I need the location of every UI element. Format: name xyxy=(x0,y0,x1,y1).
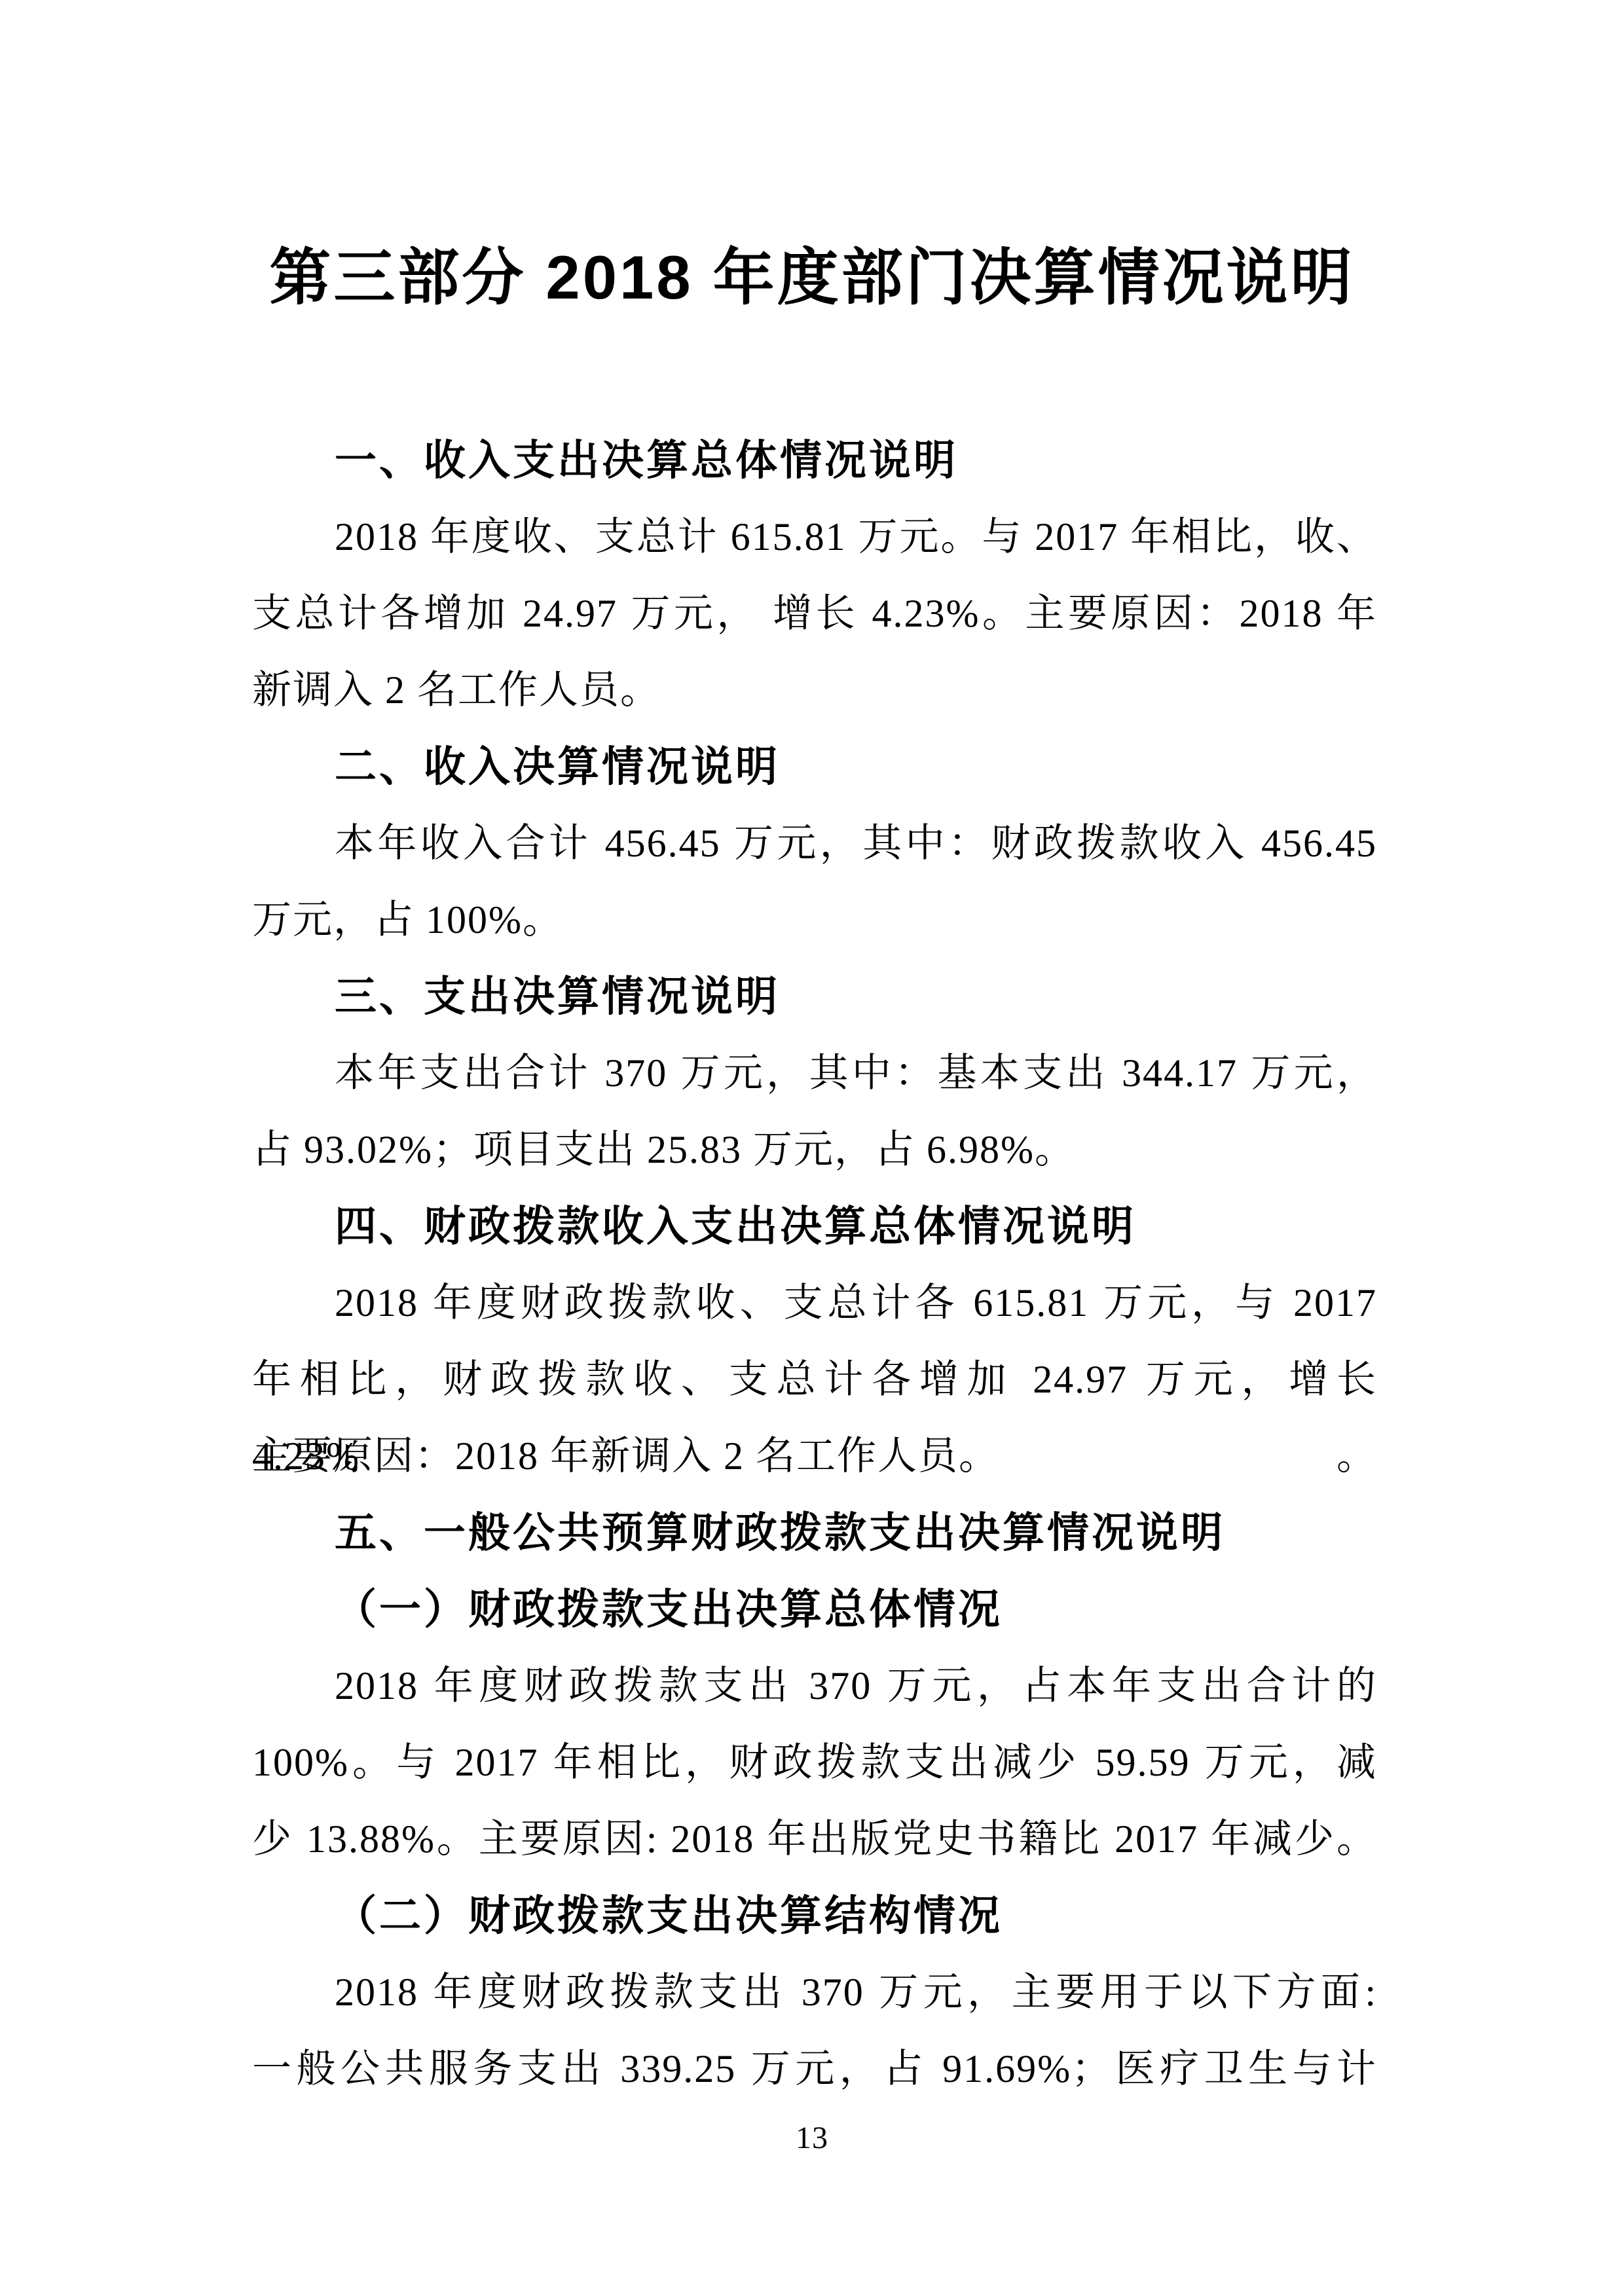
paragraph-line: 2018 年度财政拨款支出 370 万元，占本年支出合计的 xyxy=(252,1648,1377,1724)
document-page: 第三部分 2018 年度部门决算情况说明 一、收入支出决算总体情况说明 2018… xyxy=(0,0,1624,2296)
paragraph-line: 100%。与 2017 年相比，财政拨款支出减少 59.59 万元，减 xyxy=(252,1724,1377,1801)
subsection-5-1-heading: （一）财政拨款支出决算总体情况 xyxy=(252,1571,1377,1648)
section-1-heading: 一、收入支出决算总体情况说明 xyxy=(252,422,1377,499)
subsection-5-2-heading: （二）财政拨款支出决算结构情况 xyxy=(252,1878,1377,1954)
paragraph-line: 2018 年度财政拨款支出 370 万元，主要用于以下方面: xyxy=(252,1954,1377,2031)
paragraph-line: 2018 年度财政拨款收、支总计各 615.81 万元，与 2017 xyxy=(252,1265,1377,1341)
paragraph-line: 新调入 2 名工作人员。 xyxy=(252,652,1377,729)
paragraph-line: 本年收入合计 456.45 万元，其中：财政拨款收入 456.45 xyxy=(252,805,1377,882)
paragraph-line: 万元，占 100%。 xyxy=(252,882,1377,958)
paragraph-line: 年相比，财政拨款收、支总计各增加 24.97 万元，增长 4.23%。 xyxy=(252,1341,1377,1418)
section-5-heading: 五、一般公共预算财政拨款支出决算情况说明 xyxy=(252,1495,1377,1571)
paragraph-line: 2018 年度收、支总计 615.81 万元。与 2017 年相比，收、 xyxy=(252,499,1377,575)
paragraph-line: 支总计各增加 24.97 万元， 增长 4.23%。主要原因：2018 年 xyxy=(252,575,1377,652)
paragraph-line: 占 93.02%；项目支出 25.83 万元，占 6.98%。 xyxy=(252,1112,1377,1188)
document-body: 一、收入支出决算总体情况说明 2018 年度收、支总计 615.81 万元。与 … xyxy=(252,422,1377,2107)
paragraph-line: 本年支出合计 370 万元，其中：基本支出 344.17 万元， xyxy=(252,1035,1377,1112)
section-4-heading: 四、财政拨款收入支出决算总体情况说明 xyxy=(252,1188,1377,1265)
paragraph-line: 少 13.88%。主要原因: 2018 年出版党史书籍比 2017 年减少。 xyxy=(252,1801,1377,1878)
section-3-heading: 三、支出决算情况说明 xyxy=(252,958,1377,1035)
page-title: 第三部分 2018 年度部门决算情况说明 xyxy=(0,228,1624,316)
paragraph-line: 一般公共服务支出 339.25 万元，占 91.69%；医疗卫生与计 xyxy=(252,2031,1377,2107)
page-number: 13 xyxy=(0,2120,1624,2156)
section-2-heading: 二、收入决算情况说明 xyxy=(252,729,1377,805)
